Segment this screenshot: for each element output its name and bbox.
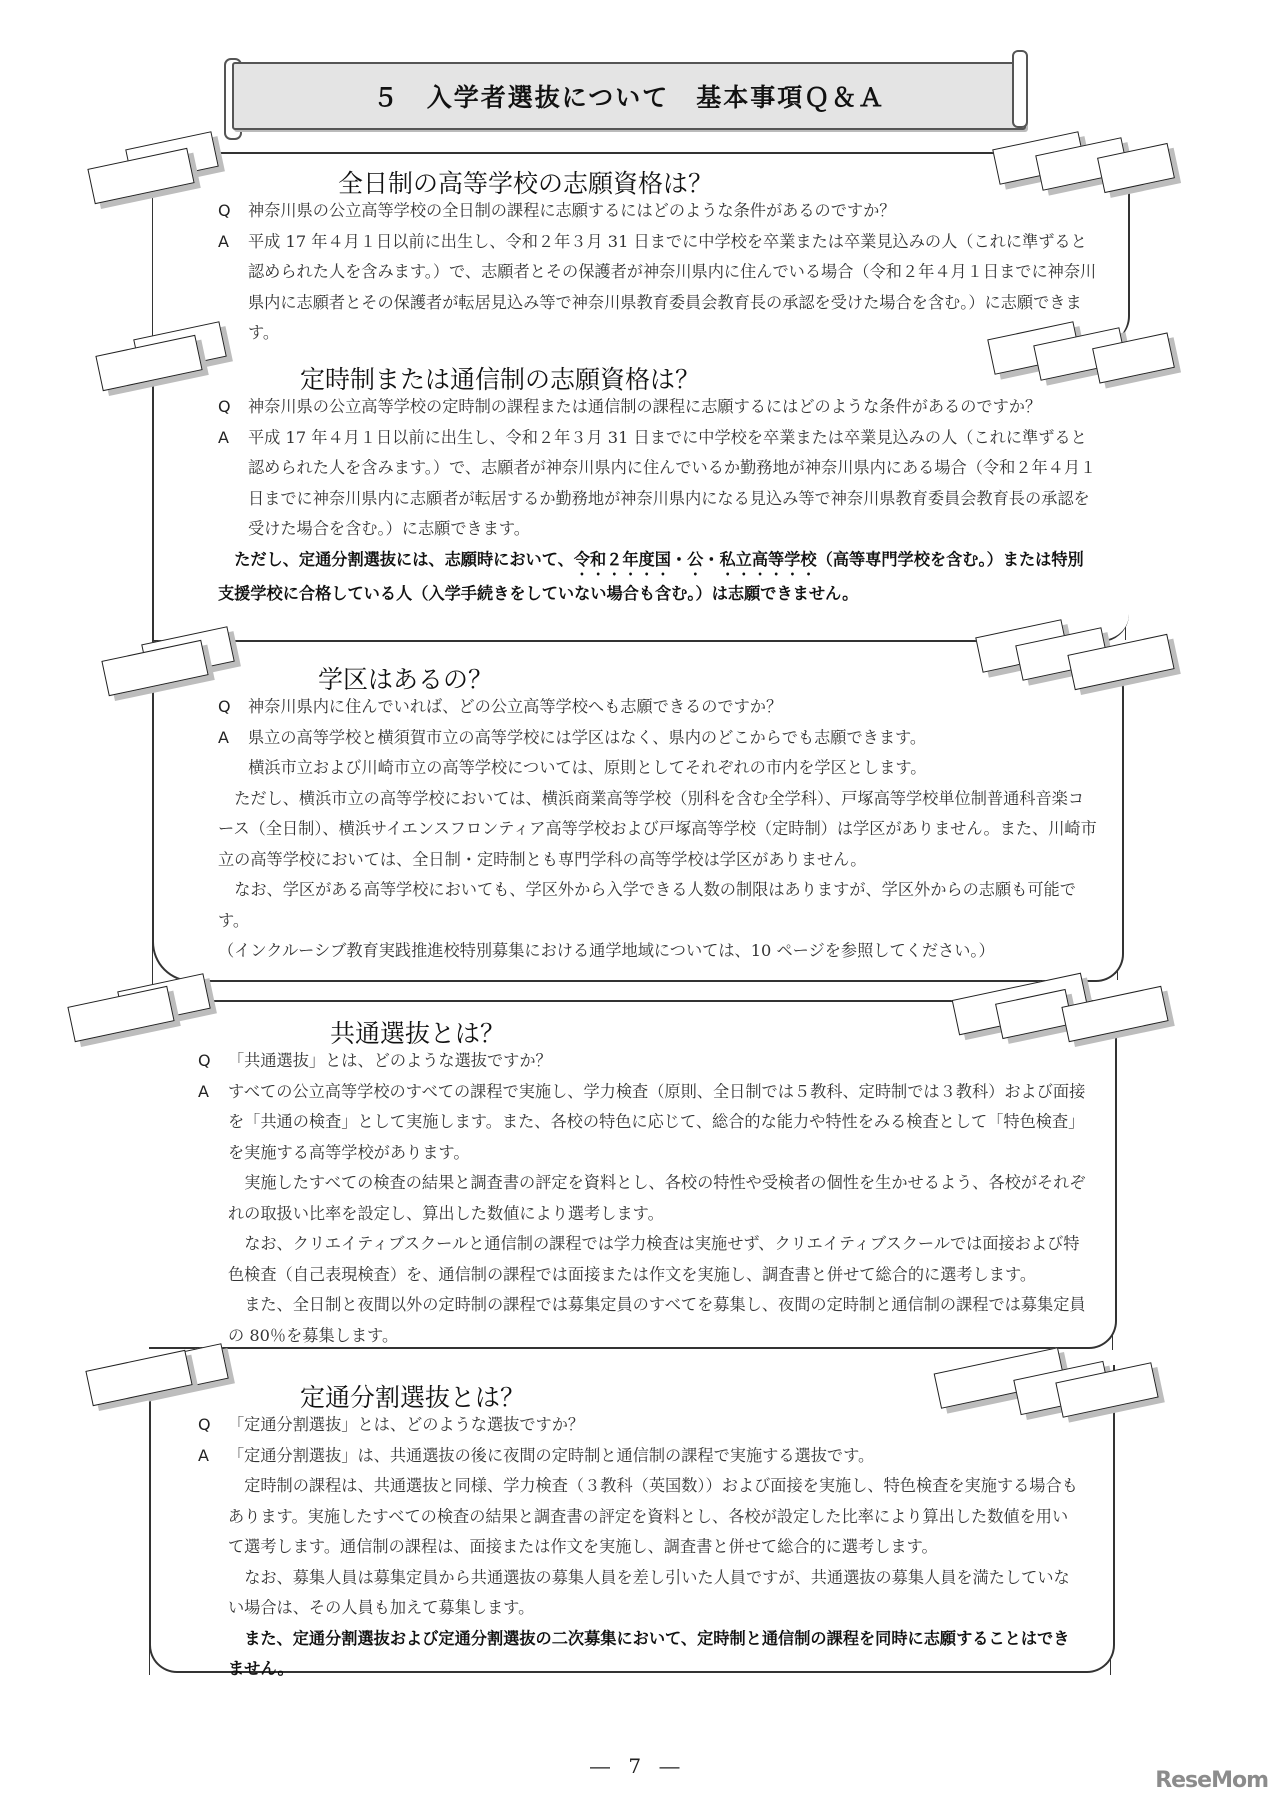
reference-note: （インクルーシブ教育実践推進校特別募集における通学地域については、10 ページを…	[218, 936, 1098, 967]
section-title: 定通分割選抜とは？	[300, 1378, 525, 1414]
section-title: 定時制または通信制の志願資格は？	[300, 360, 700, 396]
question-text: 神奈川県内に住んでいれば、どの公立高等学校へも志願できるのですか？	[248, 692, 1098, 723]
answer-paragraph: ただし、横浜市立の高等学校においては、横浜商業高等学校（別科を含む全学科）、戸塚…	[218, 784, 1098, 876]
section-title: 学区はあるの？	[318, 660, 493, 696]
page-header-banner: ５ 入学者選抜について 基本事項Ｑ＆Ａ	[232, 62, 1026, 130]
answer-text: 平成 17 年４月１日以前に出生し、令和２年３月 31 日までに中学校を卒業また…	[248, 227, 1098, 349]
answer-paragraph: 実施したすべての検査の結果と調査書の評定を資料とし、各校の特性や受検者の個性を生…	[198, 1168, 1088, 1229]
answer-paragraph: なお、クリエイティブスクールと通信制の課程では学力検査は実施せず、クリエイティブ…	[198, 1229, 1088, 1290]
page-number: ― 7 ―	[590, 1754, 685, 1778]
qa-block: Q「共通選抜」とは、どのような選抜ですか？ Aすべての公立高等学校のすべての課程…	[198, 1046, 1088, 1351]
question-label: Q	[198, 1046, 211, 1077]
important-note: また、定通分割選抜および定通分割選抜の二次募集において、定時制と通信制の課程を同…	[198, 1624, 1083, 1685]
answer-label: A	[218, 227, 229, 258]
answer-text: すべての公立高等学校のすべての課程で実施し、学力検査（原則、全日制では５教科、定…	[228, 1077, 1088, 1169]
question-label: Q	[218, 692, 231, 723]
question-label: Q	[218, 392, 231, 423]
banner-scroll-right-curl	[1012, 50, 1028, 128]
resemom-watermark-logo: ReseMom	[1155, 1768, 1268, 1793]
answer-paragraph: なお、募集人員は募集定員から共通選抜の募集人員を差し引いた人員ですが、共通選抜の…	[198, 1563, 1083, 1624]
emphasized-text: 令和２年度国・公・私立高等学校	[574, 550, 817, 569]
qa-block: Q神奈川県の公立高等学校の全日制の課程に志願するにはどのような条件があるのですか…	[218, 196, 1098, 349]
question-label: Q	[198, 1410, 211, 1441]
answer-label: A	[218, 723, 229, 754]
answer-paragraph: 定時制の課程は、共通選抜と同様、学力検査（３教科（英国数））および面接を実施し、…	[198, 1471, 1083, 1563]
question-label: Q	[218, 196, 231, 227]
important-note: ただし、定通分割選抜には、志願時において、令和２年度国・公・私立高等学校（高等専…	[218, 545, 1098, 610]
qa-block: Q「定通分割選抜」とは、どのような選抜ですか？ A「定通分割選抜」は、共通選抜の…	[198, 1410, 1083, 1685]
qa-block: Q神奈川県の公立高等学校の定時制の課程または通信制の課程に志願するにはどのような…	[218, 392, 1098, 609]
answer-paragraph: なお、学区がある高等学校においても、学区外から入学できる人数の制限はありますが、…	[218, 875, 1098, 936]
question-text: 「定通分割選抜」とは、どのような選抜ですか？	[228, 1410, 1083, 1441]
section-title: 共通選抜とは？	[330, 1014, 505, 1050]
answer-paragraph: 横浜市立および川崎市立の高等学校については、原則としてそれぞれの市内を学区としま…	[218, 753, 1098, 784]
answer-paragraph: また、全日制と夜間以外の定時制の課程では募集定員のすべてを募集し、夜間の定時制と…	[198, 1290, 1088, 1351]
section-title: 全日制の高等学校の志願資格は？	[338, 164, 713, 200]
question-text: 神奈川県の公立高等学校の全日制の課程に志願するにはどのような条件があるのですか？	[248, 196, 1098, 227]
answer-label: A	[198, 1441, 209, 1472]
question-text: 神奈川県の公立高等学校の定時制の課程または通信制の課程に志願するにはどのような条…	[248, 392, 1098, 423]
answer-text: 県立の高等学校と横須賀市立の高等学校には学区はなく、県内のどこからでも志願できま…	[248, 723, 1098, 754]
answer-label: A	[198, 1077, 209, 1108]
question-text: 「共通選抜」とは、どのような選抜ですか？	[228, 1046, 1088, 1077]
answer-text: 「定通分割選抜」は、共通選抜の後に夜間の定時制と通信制の課程で実施する選抜です。	[228, 1441, 1083, 1472]
answer-label: A	[218, 423, 229, 454]
note-text: ただし、定通分割選抜には、志願時において、	[234, 550, 574, 569]
qa-block: Q神奈川県内に住んでいれば、どの公立高等学校へも志願できるのですか？ A県立の高…	[218, 692, 1098, 967]
answer-text: 平成 17 年４月１日以前に出生し、令和２年３月 31 日までに中学校を卒業また…	[248, 423, 1098, 545]
left-connector-line	[152, 188, 153, 343]
page-title: ５ 入学者選抜について 基本事項Ｑ＆Ａ	[234, 78, 1024, 114]
